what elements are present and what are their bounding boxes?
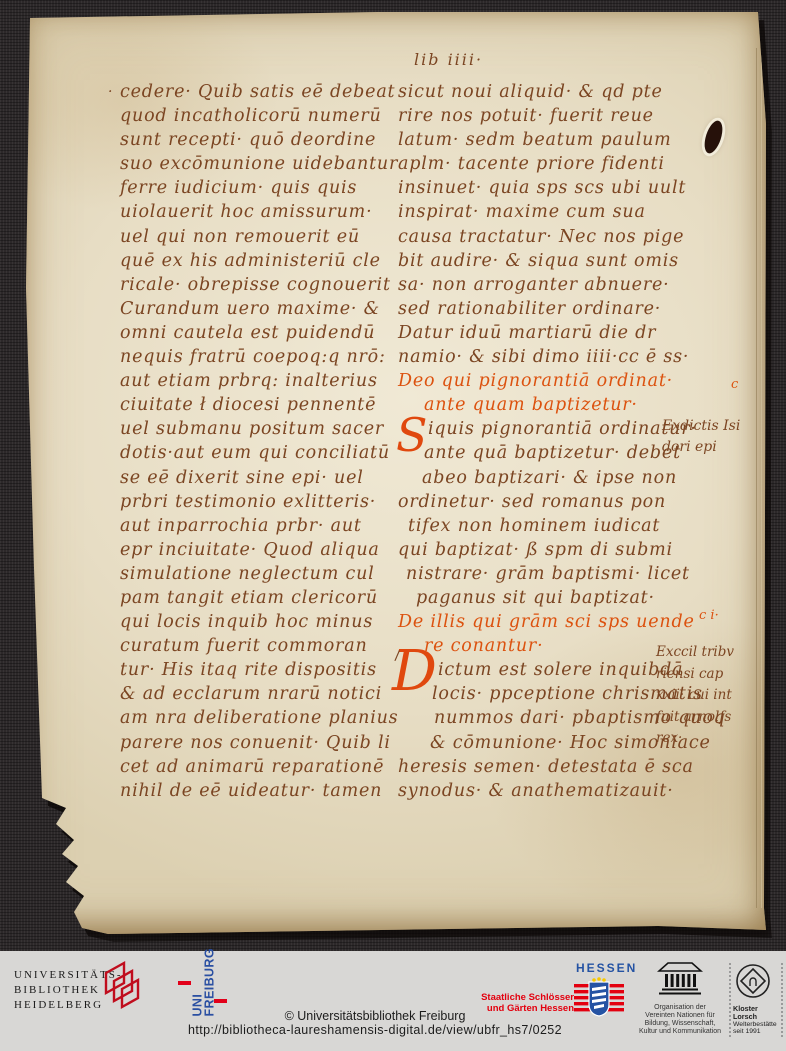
manuscript-line: & ad ecclarum nrarū notici [120, 684, 402, 708]
margin-note-line: Exdictis Isi [662, 418, 740, 439]
manuscript-line: sicut noui aliquid· & qd pte [398, 82, 708, 106]
manuscript-line: qui baptizat· ß spm di submi [398, 540, 708, 564]
manuscript-line: sa· non arroganter abnuere· [398, 275, 708, 299]
unesco-temple-icon [657, 961, 703, 1002]
margin-letter-mark: c i· [699, 608, 719, 623]
manuscript-line: Datur iduū martiarū die dr [398, 323, 708, 347]
hessen-shield-icon [574, 976, 624, 1023]
manuscript-line: ante quam baptizetur· [424, 395, 708, 419]
manuscript-line: De illis qui grām sci sps uende [398, 612, 708, 636]
unesco-caption-line: Organisation der [630, 1004, 730, 1012]
manuscript-line: abeo baptizari· & ipse non [422, 468, 708, 492]
manuscript-line: paganus sit qui baptizat· [416, 588, 708, 612]
unesco-caption-line: Bildung, Wissenschaft, [630, 1020, 730, 1028]
manuscript-line: uiolauerit hoc amissurum· [120, 202, 402, 226]
kloster-lorsch-emblem-icon [735, 963, 783, 1004]
manuscript-line: qui locis inquib hoc minus [120, 612, 402, 636]
manuscript-line: pam tangit etiam clericorū [120, 588, 402, 612]
left-text-column: cedere· Quib satis eē debeatquod incatho… [120, 82, 402, 805]
margin-dot: · [108, 84, 112, 100]
manuscript-line: synodus· & anathematizauit· [398, 781, 708, 805]
manuscript-line: cedere· Quib satis eē debeat [120, 82, 402, 106]
manuscript-line: quod incatholicorū numerū [120, 106, 402, 130]
folio-heading: lib iiii· [414, 50, 483, 69]
manuscript-line: causa tractatur· Nec nos pige [398, 227, 708, 251]
manuscript-line: prbri testimonio exlitteris· [120, 492, 402, 516]
hessen-subtitle-line: Staatliche Schlösser [470, 992, 574, 1003]
uni-freiburg-label: UNIFREIBURG [193, 953, 216, 1017]
manuscript-line: nihil de eē uideatur· tamen [120, 781, 402, 805]
manuscript-page: lib iiii· · cedere· Quib satis eē debeat… [18, 8, 770, 936]
manuscript-line: nequis fratrū coepoq:q nrō: [120, 347, 402, 371]
kloster-lorsch-caption: Kloster Lorsch Welterbestätte seit 1991 [733, 1005, 783, 1036]
manuscript-line: dotis·aut eum qui conciliatū [120, 443, 402, 467]
manuscript-line: epr inciuitate· Quod aliqua [120, 540, 402, 564]
manuscript-line: tifex non hominem iudicat [408, 516, 708, 540]
manuscript-line: quē ex his administeriū cle [120, 251, 402, 275]
manuscript-line: rire nos potuit· fuerit reue [398, 106, 708, 130]
hessen-subtitle: Staatliche Schlösserund Gärten Hessen [470, 992, 574, 1014]
manuscript-line: insinuet· quia sps scs ubi uult [398, 178, 708, 202]
manuscript-line: simulatione neglectum cul [120, 564, 402, 588]
unesco-caption: Organisation derVereinten Nationen fürBi… [630, 1004, 730, 1036]
margin-note-isidore: Exdictis Isidori epi [662, 418, 740, 460]
lorsch-caption-line: Welterbestätte [733, 1021, 783, 1029]
manuscript-line: curatum fuerit commoran [120, 636, 402, 660]
margin-note-line: xxii· cui int [656, 687, 734, 709]
manuscript-line: ciuitate ł diocesi pennentē [120, 395, 402, 419]
manuscript-line: bit audire· & siqua sunt omis [398, 251, 708, 275]
lorsch-caption-line: Kloster Lorsch [733, 1005, 783, 1021]
page-edge-line [756, 48, 762, 908]
manuscript-line: heresis semen· detestata ē sca [398, 757, 708, 781]
freiburg-dash-icon [178, 981, 191, 985]
manuscript-line: aplm· tacente priore fidenti [398, 154, 708, 178]
manuscript-line: sed rationabiliter ordinare· [398, 299, 708, 323]
margin-note-line: rex· [656, 730, 734, 752]
manuscript-line: tur· His itaq rite dispositis [120, 660, 402, 684]
manuscript-line: inspirat· maxime cum sua [398, 202, 708, 226]
footer-divider [729, 963, 731, 1037]
photo-background: lib iiii· · cedere· Quib satis eē debeat… [0, 0, 786, 1051]
manuscript-line: Curandum uero maxime· & [120, 299, 402, 323]
manuscript-line: omni cautela est puidendū [120, 323, 402, 347]
hessen-subtitle-line: und Gärten Hessen [470, 1003, 574, 1014]
margin-note-line: riensi cap [656, 666, 734, 688]
margin-note-line: fuit arnolfs [656, 709, 734, 731]
manuscript-line: namio· & sibi dimo iiii·cc ē ss· [398, 347, 708, 371]
manuscript-line: aut etiam prbrq: inalterius [120, 371, 402, 395]
rubricated-initial-s: S [396, 412, 428, 458]
manuscript-line: Deo qui pignorantiā ordinat· [398, 371, 708, 395]
kloster-lorsch-logo: Kloster Lorsch Welterbestätte seit 1991 [733, 963, 783, 1036]
manuscript-line: suo excōmunione uidebantur [120, 154, 402, 178]
margin-note-line: dori epi [662, 439, 740, 460]
margin-letter-mark: c [731, 377, 738, 392]
manuscript-line: sunt recepti· quō deordine [120, 130, 402, 154]
manuscript-line: nistrare· grām baptismi· licet [406, 564, 708, 588]
freiburg-label-line: FREIBURG [204, 953, 216, 1017]
manuscript-line: parere nos conuenit· Quib li [120, 733, 402, 757]
unesco-caption-line: Kultur und Kommunikation [630, 1028, 730, 1036]
manuscript-line: uel submanu positum sacer [120, 419, 402, 443]
margin-note-tribur: Exccil tribvriensi capxxii· cui intfuit … [656, 644, 734, 752]
unesco-caption-line: Vereinten Nationen für [630, 1012, 730, 1020]
lorsch-caption-line: seit 1991 [733, 1028, 783, 1036]
manuscript-line: ricale· obrepisse cognouerit [120, 275, 402, 299]
manuscript-line: se eē dixerit sine epi· uel [120, 468, 402, 492]
hessen-title: HESSEN [576, 961, 637, 975]
manuscript-line: am nra deliberatione planius [120, 708, 402, 732]
footer-bar: UNIVERSITÄTS-BIBLIOTHEKHEIDELBERG UNIFRE… [0, 951, 786, 1051]
manuscript-line: cet ad animarū reparationē [120, 757, 402, 781]
margin-note-line: Exccil tribv [656, 644, 734, 666]
unesco-logo: Organisation derVereinten Nationen fürBi… [630, 961, 730, 1036]
manuscript-line: ferre iudicium· quis quis [120, 178, 402, 202]
manuscript-line: ordinetur· sed romanus pon [398, 492, 708, 516]
manuscript-line: uel qui non remouerit eū [120, 227, 402, 251]
hessen-logo: HESSEN Staatliche Schlösserund Gärten He… [470, 959, 630, 1029]
manuscript-line: aut inparrochia prbr· aut [120, 516, 402, 540]
manuscript-line: latum· sedm beatum paulum [398, 130, 708, 154]
